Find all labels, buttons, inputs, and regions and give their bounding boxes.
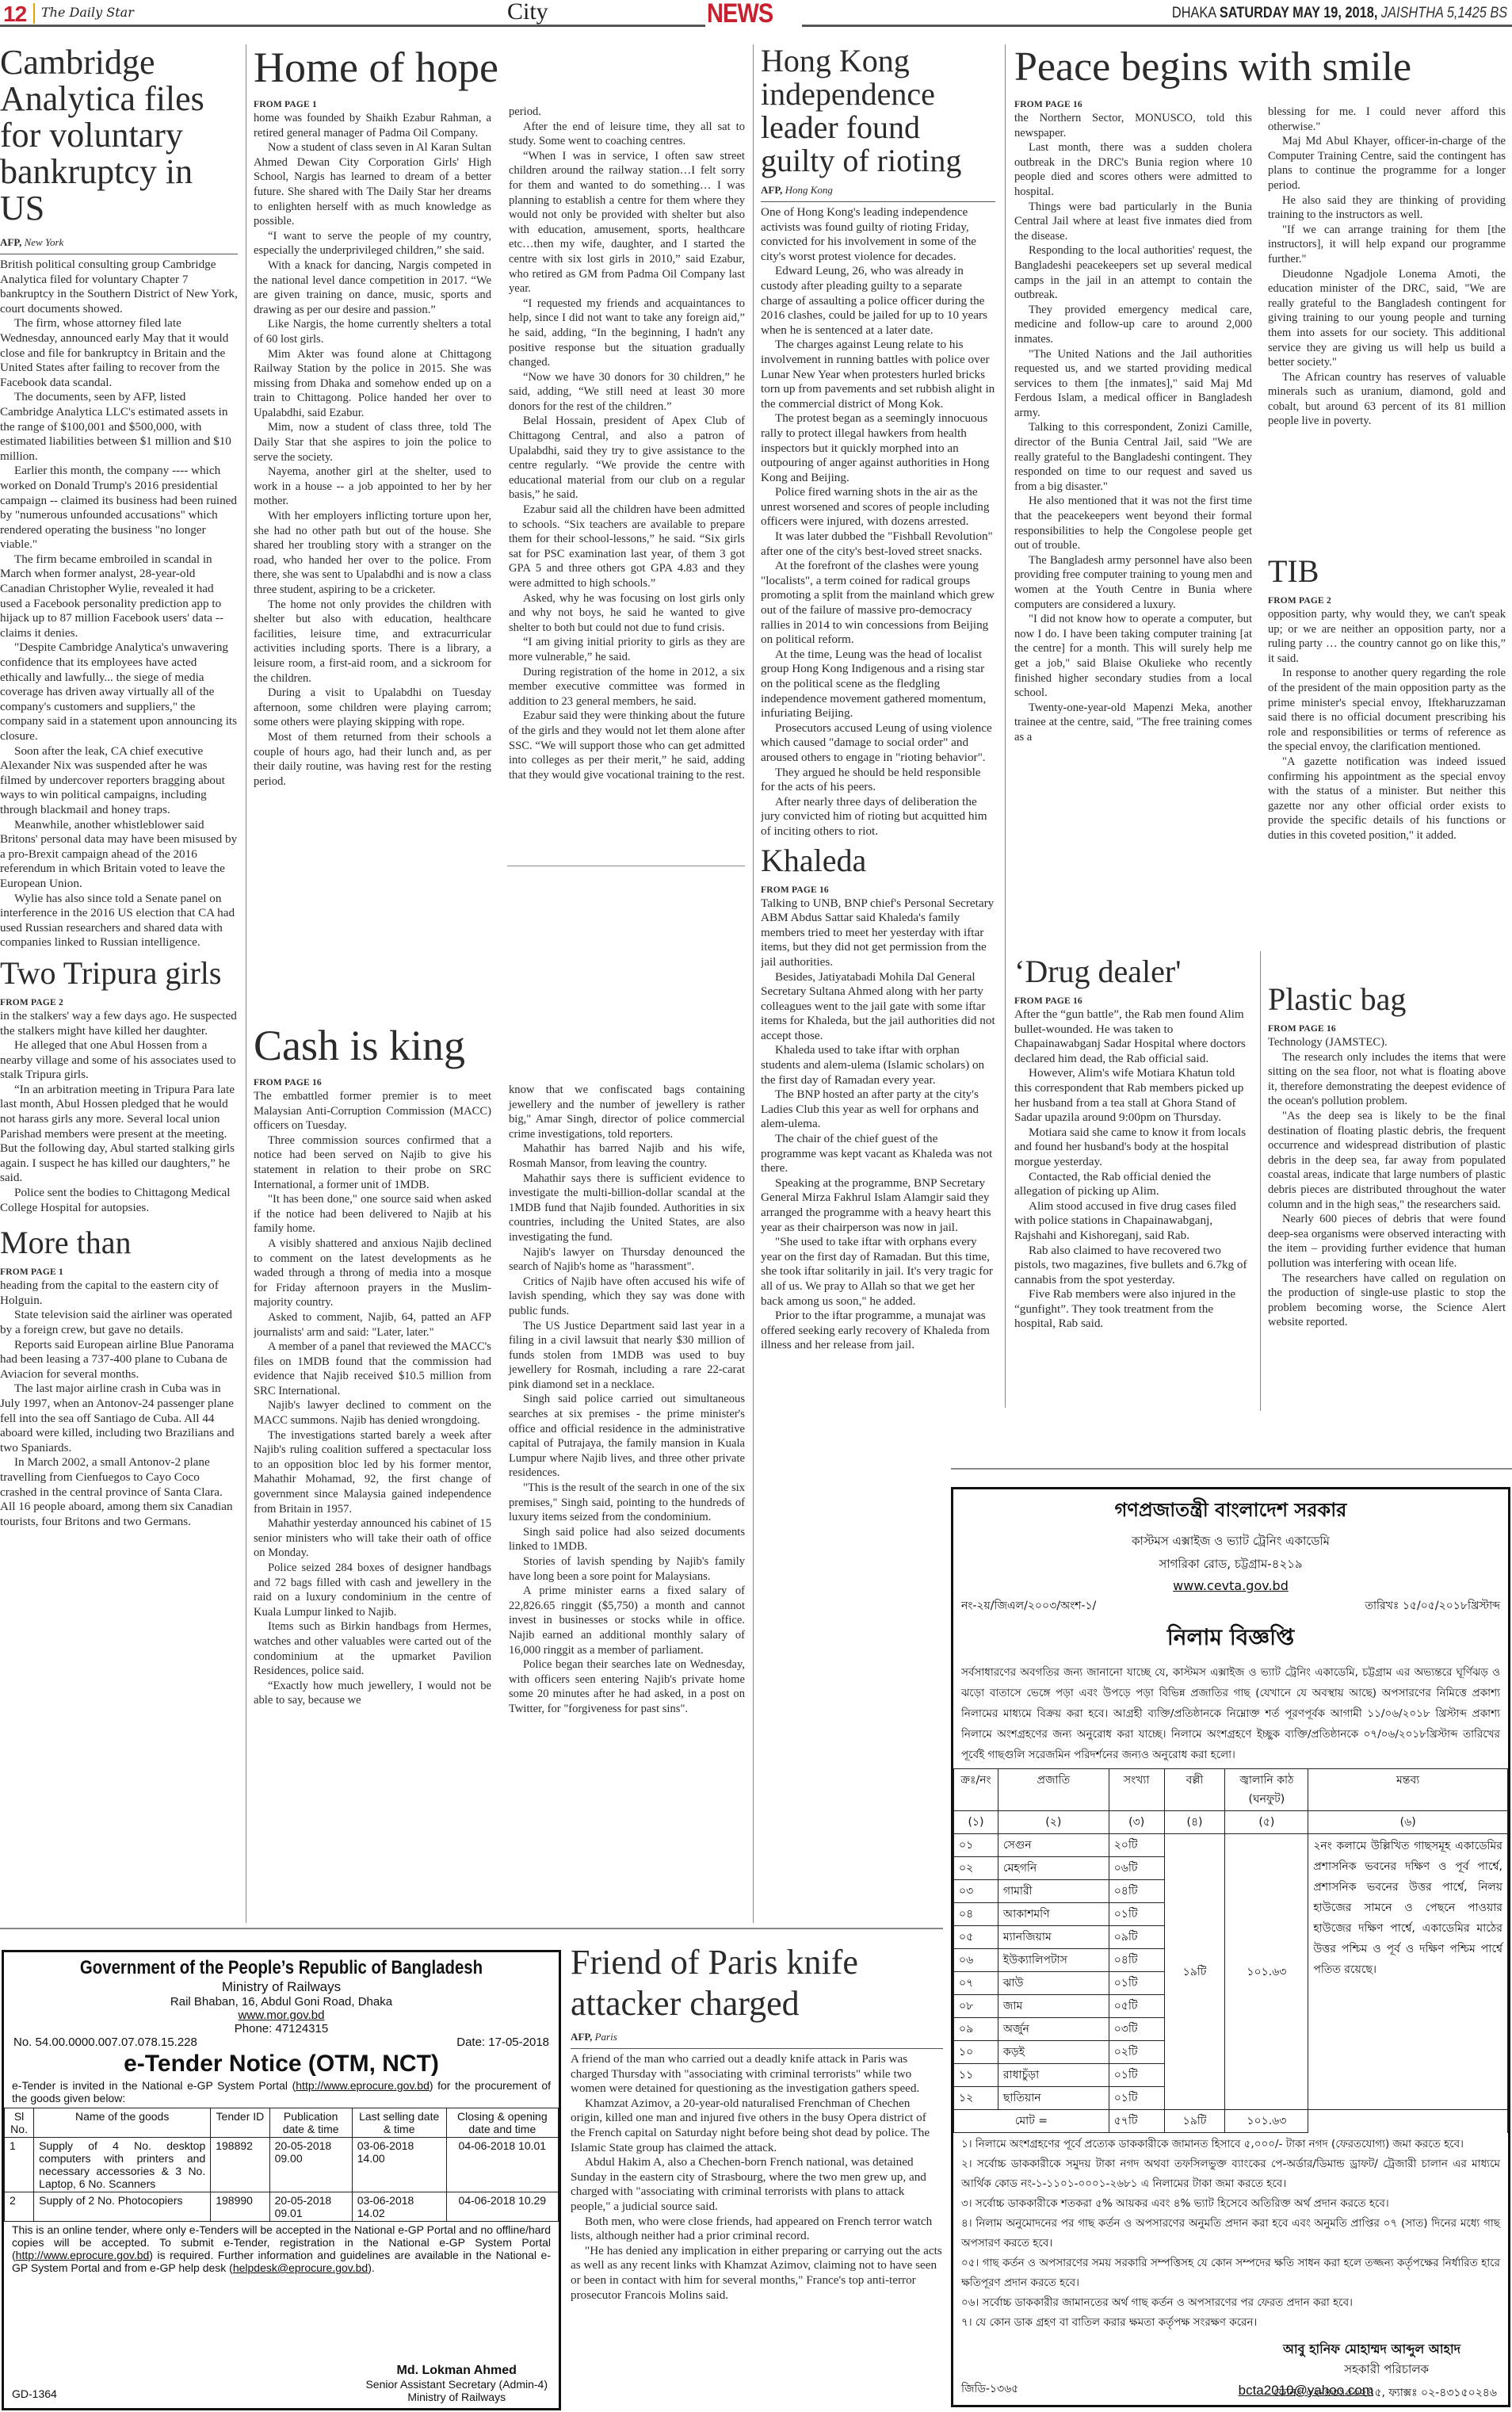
from-page: FROM PAGE 16 <box>761 885 995 895</box>
cell-count: ০৬টি <box>1109 1857 1164 1880</box>
date-city: DHAKA <box>1172 5 1216 21</box>
from-page: FROM PAGE 16 <box>1014 996 1252 1006</box>
paragraph: Belal Hossain, president of Apex Club of… <box>509 414 745 503</box>
ad-org: কাস্টমস এক্সাইজ ও ভ্যাট ট্রেনিং একাডেমি <box>953 1532 1508 1552</box>
byline: AFP, New York <box>0 236 238 254</box>
paragraph: He alleged that one Abul Hossen from a n… <box>0 1038 238 1083</box>
ad-ref-row: No. 54.00.0000.007.07.078.15.228 Date: 1… <box>4 2035 559 2049</box>
issue-date: DHAKA SATURDAY MAY 19, 2018, JAISHTHA 5,… <box>1172 5 1507 22</box>
paragraph: It was later dubbed the "Fishball Revolu… <box>761 529 995 559</box>
signatory-title: সহকারী পরিচালক <box>953 2360 1460 2380</box>
table-row: 2 Supply of 2 No. Photocopiers 198990 20… <box>5 2192 559 2222</box>
paragraph: “Exactly how much jewellery, I would not… <box>254 1679 491 1708</box>
article-column-2: period.After the end of leisure time, th… <box>509 105 745 782</box>
signatory-org: Ministry of Railways <box>365 2391 548 2403</box>
masthead-rule-left <box>0 25 705 27</box>
from-page: FROM PAGE 16 <box>1014 100 1252 109</box>
article-column-1: FROM PAGE 16 the Northern Sector, MONUSC… <box>1014 100 1252 745</box>
paragraph: home was founded by Shaikh Ezabur Rahman… <box>254 111 491 140</box>
col-header: Tender ID <box>211 2108 269 2138</box>
cell-tender-id: 198892 <box>211 2138 269 2192</box>
paragraph: Mim, now a student of class three, told … <box>254 420 491 464</box>
paragraph: The African country has reserves of valu… <box>1268 370 1506 429</box>
article-end-rule <box>507 866 745 866</box>
article-body: British political consulting group Cambr… <box>0 258 238 950</box>
cell-publication: 20-05-2018 09.01 <box>269 2192 352 2222</box>
cell-no: ০৭ <box>954 1972 998 1995</box>
paragraph: The chair of the chief guest of the prog… <box>761 1132 995 1176</box>
cell-remarks: ২নং কলামে উল্লিখিত গাছসমূহ একাডেমির প্রশ… <box>1308 1834 1508 2110</box>
ad-website-link[interactable]: www.mor.gov.bd <box>239 2009 325 2022</box>
condition-item: ৪। নিলাম অনুমোদনের পর গাছ কর্তন ও অপসারণ… <box>961 2214 1500 2253</box>
from-page: FROM PAGE 16 <box>1268 1024 1506 1034</box>
paragraph: Mahathir has barred Najib and his wife, … <box>509 1141 745 1171</box>
cell-species: কড়ই <box>998 2041 1109 2064</box>
paragraph: Soon after the leak, CA chief executive … <box>0 744 238 818</box>
paragraph: Khamzat Azimov, a 20-year-old naturalise… <box>571 2097 943 2155</box>
auction-table-body: ০১সেগুন২০টি১৯টি১০১.৬৩২নং কলামে উল্লিখিত … <box>954 1834 1508 2110</box>
paragraph: The charges against Leung relate to his … <box>761 338 995 411</box>
paragraph: At the time, Leung was the head of local… <box>761 648 995 721</box>
paragraph: "If we can arrange training for them [th… <box>1268 223 1506 267</box>
paragraph: During registration of the home in 2012,… <box>509 665 745 709</box>
paragraph: The Bangladesh army personnel have also … <box>1014 553 1252 612</box>
col-header: ক্রঃ/নং <box>954 1769 998 1811</box>
column-divider <box>246 44 246 1923</box>
article-body: know that we confiscated bags containing… <box>509 1083 745 1717</box>
col-header: সংখ্যা <box>1109 1769 1164 1811</box>
ad-date: তারিখঃ ১৫/০৫/২০১৮খ্রিস্টাব্দ <box>1365 1596 1500 1615</box>
paragraph: They argued he should be held responsibl… <box>761 766 995 795</box>
article-body: The embattled former premier is to meet … <box>254 1089 491 1708</box>
paragraph: "I did not know how to operate a compute… <box>1014 612 1252 701</box>
article-column-1: FROM PAGE 1 home was founded by Shaikh E… <box>254 100 491 789</box>
col-header: মন্তব্য <box>1308 1769 1508 1811</box>
empty-cell <box>1308 2110 1508 2133</box>
signatory-name: Md. Lokman Ahmed <box>365 2364 548 2378</box>
paragraph: "A gazette notification was indeed issue… <box>1268 755 1506 843</box>
cell-closing: 04-06-2018 10.01 <box>446 2138 558 2192</box>
condition-item: ৩। সর্বোচ্চ ডাককারীকে শতকরা ৫% আয়কর এবং… <box>961 2194 1500 2214</box>
condition-item: ১। নিলামে অংশগ্রহণের পূর্বে প্রত্যেক ডাক… <box>961 2135 1500 2154</box>
cell-no: ০৬ <box>954 1949 998 1972</box>
paragraph: During a visit to Upalabdhi on Tuesday a… <box>254 686 491 730</box>
ad-address: Rail Bhaban, 16, Abdul Goni Road, Dhaka <box>4 1995 559 2009</box>
ad-gov-title: গণপ্রজাতন্ত্রী বাংলাদেশ সরকার <box>953 1496 1508 1527</box>
paragraph: The US Justice Department said last year… <box>509 1319 745 1393</box>
paragraph: With a knack for dancing, Nargis compete… <box>254 258 491 317</box>
signatory-name: আবু হানিফ মোহাম্মদ আব্দুল আহাদ <box>953 2339 1460 2360</box>
cell-count: ০১টি <box>1109 1903 1164 1926</box>
paragraph: "This is the result of the search in one… <box>509 1481 745 1525</box>
col-header: Name of the goods <box>34 2108 211 2138</box>
article-body: period.After the end of leisure time, th… <box>509 105 745 782</box>
paragraph: blessing for me. I could never afford th… <box>1268 105 1506 134</box>
dateline: Hong Kong <box>785 184 833 196</box>
article-drug-dealer: ‘Drug dealer' FROM PAGE 16 After the “gu… <box>1014 955 1252 1407</box>
paragraph: Most of them returned from their schools… <box>254 730 491 789</box>
paragraph: “I requested my friends and acquaintance… <box>509 296 745 370</box>
paragraph: The firm, whose attorney filed late Wedn… <box>0 316 238 390</box>
from-page: FROM PAGE 16 <box>254 1078 491 1088</box>
auction-total-row: মোট = ৫৭টি ১৯টি ১০১.৬৩ <box>954 2110 1508 2133</box>
paragraph: “I am giving initial priority to girls a… <box>509 635 745 664</box>
paragraph: Edward Leung, 26, who was already in cus… <box>761 264 995 338</box>
cell-species: ছাতিয়ান <box>998 2087 1109 2110</box>
paragraph: The home not only provides the children … <box>254 598 491 686</box>
cell-no: ০৮ <box>954 1995 998 2018</box>
headline: ‘Drug dealer' <box>1014 955 1252 988</box>
article-column-2: blessing for me. I could never afford th… <box>1268 105 1506 429</box>
paragraph: Critics of Najib have often accused his … <box>509 1275 745 1319</box>
tender-table: Sl No. Name of the goods Tender ID Publi… <box>4 2108 559 2222</box>
table-row: ০১সেগুন২০টি১৯টি১০১.৬৩২নং কলামে উল্লিখিত … <box>954 1834 1508 1857</box>
article-body: blessing for me. I could never afford th… <box>1268 105 1506 429</box>
cell-count: ০৪টি <box>1109 1880 1164 1903</box>
cell-count: ০২টি <box>1109 2041 1164 2064</box>
paragraph: “I want to serve the people of my countr… <box>254 229 491 258</box>
auction-table-colnums: (১) (২) (৩) (৪) (৫) (৬) <box>954 1811 1508 1834</box>
cell-no: ১০ <box>954 2041 998 2064</box>
paragraph: He also said they are thinking of provid… <box>1268 193 1506 223</box>
paragraph: Now a student of class seven in Al Karan… <box>254 140 491 229</box>
agency: AFP, <box>761 184 782 196</box>
agency: AFP, <box>571 2031 592 2043</box>
paragraph: Both men, who were close friends, had ap… <box>571 2215 943 2244</box>
auction-table-header: ক্রঃ/নং প্রজাতি সংখ্যা বল্লী জ্বালানি কা… <box>954 1769 1508 1811</box>
col-header: Last selling date & time <box>352 2108 446 2138</box>
cell-species: গামারী <box>998 1880 1109 1903</box>
article-cash-is-king: Cash is king FROM PAGE 16 The embattled … <box>254 1023 745 1926</box>
col-header: বল্লী <box>1164 1769 1225 1811</box>
paragraph: The firm became embroiled in scandal in … <box>0 552 238 641</box>
cell-no: ০২ <box>954 1857 998 1880</box>
paragraph: Five Rab members were also injured in th… <box>1014 1287 1252 1332</box>
cell-no: ১২ <box>954 2087 998 2110</box>
paragraph: Mahathir says there is sufficient eviden… <box>509 1172 745 1245</box>
ad-code: GD-1364 <box>12 2387 57 2400</box>
ad-auction-notice: গণপ্রজাতন্ত্রী বাংলাদেশ সরকার কাস্টমস এক… <box>951 1487 1510 2407</box>
paragraph: At the forefront of the clashes were you… <box>761 559 995 648</box>
dateline: New York <box>25 236 64 248</box>
paragraph: Asked, why he was focusing on lost girls… <box>509 591 745 636</box>
paragraph: They provided emergency medical care, me… <box>1014 303 1252 347</box>
article-body-tripura: in the stalkers' way a few days ago. He … <box>0 1009 238 1215</box>
ad-signatory: Md. Lokman Ahmed Senior Assistant Secret… <box>365 2364 548 2403</box>
paragraph: Mim Akter was found alone at Chittagong … <box>254 347 491 421</box>
headline: Cambridge Analytica files for voluntary … <box>0 44 238 227</box>
cell-count: ২০টি <box>1109 1834 1164 1857</box>
paragraph: He also mentioned that it was not the fi… <box>1014 494 1252 552</box>
paragraph: know that we confiscated bags containing… <box>509 1083 745 1141</box>
col-number: (১) <box>954 1811 998 1834</box>
paragraph: However, Alim's wife Motiara Khatun told… <box>1014 1066 1252 1125</box>
paragraph: Najib's lawyer on Thursday denounced the… <box>509 1245 745 1275</box>
paragraph: Maj Md Abul Khayer, officer-in-charge of… <box>1268 134 1506 193</box>
newspaper-logo: The Daily Star <box>41 5 134 20</box>
condition-item: ০৬। সর্বোচ্চ ডাককারীর জামানতের অর্থ গাছ … <box>961 2293 1500 2313</box>
total-balli: ১৯টি <box>1164 2110 1225 2133</box>
ad-signatory: আবু হানিফ মোহাম্মদ আব্দুল আহাদ সহকারী পর… <box>953 2339 1508 2380</box>
paragraph: Speaking at the programme, BNP Secretary… <box>761 1176 995 1235</box>
col-number: (৩) <box>1109 1811 1164 1834</box>
ad-title: e-Tender Notice (OTM, NCT) <box>4 2051 559 2078</box>
masthead: 12 The Daily Star City NEWS DHAKA SATURD… <box>0 0 1512 27</box>
article-body: Technology (JAMSTEC).The research only i… <box>1268 1035 1506 1330</box>
headline-more-than: More than <box>0 1226 238 1260</box>
paragraph: "Despite Cambridge Analytica's unwaverin… <box>0 640 238 743</box>
helpdesk-email-link[interactable]: helpdesk@eprocure.gov.bd <box>233 2261 368 2274</box>
from-page: FROM PAGE 2 <box>0 998 238 1007</box>
paragraph: One of Hong Kong's leading independence … <box>761 205 995 264</box>
paragraph: Motiara said she came to know it from lo… <box>1014 1126 1252 1170</box>
headline: Hong Kong independence leader found guil… <box>761 44 995 178</box>
ad-website-link[interactable]: www.cevta.gov.bd <box>1173 1578 1289 1593</box>
paragraph: Talking to this correspondent, Zonizi Ca… <box>1014 420 1252 494</box>
ad-date: Date: 17-05-2018 <box>456 2035 549 2049</box>
ad-ref-row: নং-২য়/জিএল/২০০৩/অংশ-১/ তারিখঃ ১৫/০৫/২০১… <box>953 1593 1508 1619</box>
paragraph: Technology (JAMSTEC). <box>1268 1035 1506 1050</box>
col-number: (৬) <box>1308 1811 1508 1834</box>
cell-count: ০৯টি <box>1109 1926 1164 1949</box>
paragraph: Abdul Hakim A, also a Chechen-born Frenc… <box>571 2155 943 2214</box>
cell-species: রাধাচুঁড়া <box>998 2064 1109 2087</box>
paragraph: "As the deep sea is likely to be the fin… <box>1268 1109 1506 1212</box>
paragraph: A visibly shattered and anxious Najib de… <box>254 1237 491 1310</box>
ad-footer-text: This is an online tender, where only e-T… <box>4 2222 559 2276</box>
paragraph: Like Nargis, the home currently shelters… <box>254 317 491 346</box>
headline: Cash is king <box>254 1023 745 1068</box>
paragraph: opposition party, why would they, we can… <box>1268 607 1506 666</box>
headline-khaleda: Khaleda <box>761 844 995 877</box>
ad-contact: ফোনঃ ০২-৪৩১৫০২৪৫, ফ্যাক্সঃ ০২-৪৩১৫০২৪৬ <box>953 2383 1508 2402</box>
article-column-1: FROM PAGE 16 The embattled former premie… <box>254 1078 491 1708</box>
col-header: Sl No. <box>5 2108 34 2138</box>
paragraph: The research only includes the items tha… <box>1268 1050 1506 1109</box>
paragraph: A prime minister earns a fixed salary of… <box>509 1584 745 1657</box>
article-body: After the “gun battle”, the Rab men foun… <box>1014 1007 1252 1332</box>
paragraph: Rab also claimed to have recovered two p… <box>1014 1244 1252 1288</box>
cell-firewood: ১০১.৬৩ <box>1225 1834 1308 2110</box>
paragraph: Prosecutors accused Leung of using viole… <box>761 721 995 766</box>
ad-email-link[interactable]: bcta2010@yahoo.com <box>1239 2383 1373 2398</box>
paragraph: Alim stood accused in five drug cases fi… <box>1014 1199 1252 1244</box>
paragraph: Twenty-one-year-old Mapenzi Meka, anothe… <box>1014 701 1252 745</box>
paragraph: With her employers inflicting torture up… <box>254 509 491 598</box>
paragraph: The embattled former premier is to meet … <box>254 1089 491 1133</box>
paragraph: heading from the capital to the eastern … <box>0 1279 238 1308</box>
paragraph: Asked to comment, Najib, 64, patted an A… <box>254 1310 491 1340</box>
paragraph: The researchers have called on regulatio… <box>1268 1271 1506 1330</box>
article-home-of-hope: Home of hope FROM PAGE 1 home was founde… <box>254 44 745 1019</box>
byline: AFP, Hong Kong <box>761 184 995 202</box>
paragraph: In March 2002, a small Antonov-2 plane t… <box>0 1455 238 1529</box>
date-bengali: JAISHTHA 5,1425 BS <box>1381 5 1507 21</box>
section-title: City <box>507 0 548 25</box>
masthead-divider <box>33 3 35 24</box>
ad-title: নিলাম বিজ্ঞপ্তি <box>953 1620 1508 1657</box>
paragraph: the Northern Sector, MONUSCO, told this … <box>1014 111 1252 140</box>
headline-tripura: Two Tripura girls <box>0 957 238 990</box>
article-body-more-than: heading from the capital to the eastern … <box>0 1279 238 1529</box>
ad-ref-number: নং-২য়/জিএল/২০০৩/অংশ-১/ <box>961 1596 1096 1615</box>
cell-no: ০৩ <box>954 1880 998 1903</box>
headline: Friend of Paris knife attacker charged <box>571 1942 943 2024</box>
ad-gov-title: Government of the People’s Republic of B… <box>46 1957 517 1979</box>
cell-tender-id: 198990 <box>211 2192 269 2222</box>
article-paris-knife-attacker: Friend of Paris knife attacker charged A… <box>571 1942 943 2412</box>
section-rule <box>0 1928 943 1929</box>
ad-e-tender-notice: Government of the People’s Republic of B… <box>2 1950 561 2410</box>
cell-species: ম্যানজিয়াম <box>998 1926 1109 1949</box>
paragraph: In response to another query regarding t… <box>1268 666 1506 755</box>
auction-table: ক্রঃ/নং প্রজাতি সংখ্যা বল্লী জ্বালানি কা… <box>953 1768 1508 2133</box>
from-page: FROM PAGE 2 <box>1268 596 1506 606</box>
cell-species: ঝাউ <box>998 1972 1109 1995</box>
condition-item: ০৫। গাছ কর্তন ও অপসারণের সময় সরকারি সম্… <box>961 2253 1500 2293</box>
paragraph: Singh said police had also seized docume… <box>509 1525 745 1554</box>
eprocure-link[interactable]: http://www.eprocure.gov.bd <box>296 2079 430 2092</box>
article-plastic-bag: Plastic bag FROM PAGE 16 Technology (JAM… <box>1268 983 1506 1411</box>
paragraph: Meanwhile, another whistleblower said Br… <box>0 818 238 892</box>
col-number: (২) <box>998 1811 1109 1834</box>
col-header: Publication date & time <box>269 2108 352 2138</box>
agency: AFP, <box>0 236 21 248</box>
cell-no: ০৫ <box>954 1926 998 1949</box>
paragraph: Stories of lavish spending by Najib's fa… <box>509 1554 745 1584</box>
byline: AFP, Paris <box>571 2031 943 2049</box>
col-header: জ্বালানি কাঠ (ঘনফুট) <box>1225 1769 1308 1811</box>
paragraph: Earlier this month, the company ---- whi… <box>0 464 238 552</box>
total-firewood: ১০১.৬৩ <box>1225 2110 1308 2133</box>
cell-species: অর্জুন <box>998 2018 1109 2041</box>
paragraph: Things were bad particularly in the Buni… <box>1014 200 1252 244</box>
headline: Plastic bag <box>1268 983 1506 1016</box>
cell-species: সেগুন <box>998 1834 1109 1857</box>
cell-no: ০৪ <box>954 1903 998 1926</box>
paragraph: "He has denied any implication in either… <box>571 2244 943 2303</box>
paragraph: A friend of the man who carried out a de… <box>571 2052 943 2097</box>
paragraph: State television said the airliner was o… <box>0 1308 238 1337</box>
column-divider <box>1005 44 1006 1408</box>
paragraph: After the end of leisure time, they all … <box>509 120 745 149</box>
article-body: A friend of the man who carried out a de… <box>571 2052 943 2303</box>
column-divider <box>753 44 754 1923</box>
cell-closing: 04-06-2018 10.29 <box>446 2192 558 2222</box>
paragraph: Contacted, the Rab official denied the a… <box>1014 1170 1252 1199</box>
cell-species: জাম <box>998 1995 1109 2018</box>
paragraph: Ezabur said they were thinking about the… <box>509 709 745 782</box>
paragraph: The documents, seen by AFP, listed Cambr… <box>0 390 238 464</box>
article-body: the Northern Sector, MONUSCO, told this … <box>1014 111 1252 745</box>
col-number: (৫) <box>1225 1811 1308 1834</box>
ad-ministry: Ministry of Railways <box>4 1979 559 1995</box>
cell-balli: ১৯টি <box>1164 1834 1225 2110</box>
cell-count: ০৫টি <box>1109 1995 1164 2018</box>
paragraph: Police seized 284 boxes of designer hand… <box>254 1561 491 1619</box>
paragraph: The last major airline crash in Cuba was… <box>0 1382 238 1455</box>
paragraph: “In an arbitration meeting in Tripura Pa… <box>0 1083 238 1186</box>
cell-last-selling: 03-06-2018 14.00 <box>352 2138 446 2192</box>
cell-no: ১১ <box>954 2064 998 2087</box>
paragraph: Reports said European airline Blue Panor… <box>0 1338 238 1382</box>
article-cambridge-analytica: Cambridge Analytica files for voluntary … <box>0 44 238 1929</box>
cell-count: ০৪টি <box>1109 1949 1164 1972</box>
paragraph: Prior to the iftar programme, a munajat … <box>761 1309 995 1353</box>
paragraph: The BNP hosted an after party at the cit… <box>761 1088 995 1132</box>
cell-count: ০৩টি <box>1109 2018 1164 2041</box>
paragraph: Mahathir yesterday announced his cabinet… <box>254 1516 491 1561</box>
date-main: SATURDAY MAY 19, 2018, <box>1220 5 1378 21</box>
cell-publication: 20-05-2018 09.00 <box>269 2138 352 2192</box>
ad-conditions: ১। নিলামে অংশগ্রহণের পূর্বে প্রত্যেক ডাক… <box>953 2133 1508 2334</box>
cell-no: ০১ <box>954 1834 998 1857</box>
paragraph: Singh said police carried out simultaneo… <box>509 1392 745 1481</box>
col-header: প্রজাতি <box>998 1769 1109 1811</box>
eprocure-link[interactable]: http://www.eprocure.gov.bd <box>16 2249 150 2261</box>
cell-goods: Supply of 4 No. desktop computers with p… <box>34 2138 211 2192</box>
cell-count: ০১টি <box>1109 2087 1164 2110</box>
ad-code: জিডি-১৩৬৫ <box>961 2380 1018 2399</box>
total-count: ৫৭টি <box>1109 2110 1164 2133</box>
condition-item: ৭। যে কোন ডাক গ্রহণ বা বাতিল করার ক্ষমতা… <box>961 2313 1500 2333</box>
paragraph: Wylie has also since told a Senate panel… <box>0 892 238 950</box>
ad-intro: সর্বসাধারণের অবগতির জন্য জানানো যাচ্ছে য… <box>953 1662 1508 1765</box>
cell-species: ইউক্যালিপটাস <box>998 1949 1109 1972</box>
section-rule <box>951 1468 1512 1470</box>
ad-intro: e-Tender is invited in the National e-GP… <box>4 2079 559 2104</box>
paragraph: After nearly three days of deliberation … <box>761 795 995 839</box>
paragraph: "The United Nations and the Jail authori… <box>1014 347 1252 421</box>
signatory-title: Senior Assistant Secretary (Admin-4) <box>365 2378 548 2391</box>
cell-goods: Supply of 2 No. Photocopiers <box>34 2192 211 2222</box>
paragraph: Nearly 600 pieces of debris that were fo… <box>1268 1212 1506 1271</box>
paragraph: "It has been done," one source said when… <box>254 1192 491 1237</box>
paragraph: Khaleda used to take iftar with orphan s… <box>761 1043 995 1088</box>
headline: Home of hope <box>254 44 745 90</box>
paragraph: Najib's lawyer declined to comment on th… <box>254 1398 491 1428</box>
cell-count: ০১টি <box>1109 1972 1164 1995</box>
paragraph: Police began their searches late on Wedn… <box>509 1657 745 1716</box>
page-number: 12 <box>3 2 26 27</box>
article-tib: TIB FROM PAGE 2 opposition party, why wo… <box>1268 555 1506 927</box>
paragraph: The investigations started barely a week… <box>254 1428 491 1517</box>
paragraph: Talking to UNB, BNP chief's Personal Sec… <box>761 896 995 970</box>
article-body: opposition party, why would they, we can… <box>1268 607 1506 843</box>
article-body: home was founded by Shaikh Ezabur Rahman… <box>254 111 491 789</box>
cell-species: মেহগনি <box>998 1857 1109 1880</box>
ad-ref-number: No. 54.00.0000.007.07.078.15.228 <box>13 2035 197 2049</box>
paragraph: “When I was in service, I often saw stre… <box>509 149 745 296</box>
cell-sl: 2 <box>5 2192 34 2222</box>
paragraph: period. <box>509 105 745 120</box>
col-header: Closing & opening date and time <box>446 2108 558 2138</box>
ad-address: সাগরিকা রোড, চট্টগ্রাম-৪২১৯ <box>953 1555 1508 1575</box>
cell-no: ০৯ <box>954 2018 998 2041</box>
ad-phone: Phone: 47124315 <box>4 2022 559 2035</box>
paragraph: Responding to the local authorities' req… <box>1014 243 1252 302</box>
column-divider <box>1260 951 1261 1411</box>
article-body: One of Hong Kong's leading independence … <box>761 205 995 839</box>
paragraph: Dieudonne Ngadjole Lonema Amoti, the edu… <box>1268 267 1506 370</box>
paragraph: Items such as Birkin handbags from Herme… <box>254 1619 491 1678</box>
headline: Peace begins with smile <box>1014 44 1506 90</box>
article-column-2: know that we confiscated bags containing… <box>509 1083 745 1717</box>
total-label: মোট = <box>954 2110 1109 2133</box>
dateline: Paris <box>595 2031 617 2043</box>
paragraph: Besides, Jatiyatabadi Mohila Dal General… <box>761 970 995 1044</box>
cell-count: ০১টি <box>1109 2064 1164 2087</box>
